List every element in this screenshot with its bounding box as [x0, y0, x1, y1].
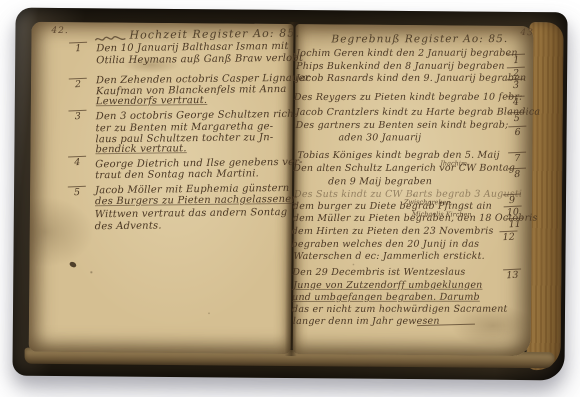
left-page-header: Hochzeit Register Ao: 85. [129, 28, 300, 41]
right-page-number: 43 [520, 28, 534, 38]
manuscript-line: bendick vertraut. [95, 144, 186, 155]
entry-number: 6 [508, 126, 526, 138]
entry-number: 4 [68, 156, 86, 168]
entry-number: 12 [499, 231, 517, 243]
entry-number: 13 [503, 269, 521, 281]
manuscript-line: den 9 Maij begraben [328, 177, 432, 187]
entry-number: 1 [69, 42, 87, 54]
manuscript-line: Waterschen d ec: Jammerlich erstickt. [293, 252, 484, 262]
manuscript-line: Tobias Königes kindt begrab den 5. Maij [297, 151, 499, 161]
manuscript-line: aden 30 Januarij [339, 133, 422, 143]
manuscript-line: Den alten Schultz Langerich vor CW Bonta… [293, 164, 515, 174]
manuscript-line: begraben welches den 20 Junij in das [292, 240, 480, 250]
manuscript-line: traut den Sontag nach Martini. [95, 169, 259, 181]
manuscript-line: dem Hirten zu Pieten den 23 Novembris [292, 227, 494, 237]
manuscript-photo: 42. Hochzeit Register Ao: 85. 1 2 3 4 5 … [0, 0, 580, 397]
manuscript-line: Den 29 Decembris ist Wentzeslaus [292, 268, 465, 278]
right-page-header: Begrebnuß Register Ao: 85. [331, 34, 508, 45]
book: 42. Hochzeit Register Ao: 85. 1 2 3 4 5 … [0, 0, 580, 397]
manuscript-line: Des Reygers zu Pieten kindt begrabe 10 f… [294, 93, 523, 103]
manuscript-line: Lewendorfs vertraut. [96, 96, 208, 107]
entry-number: 5 [68, 186, 86, 198]
manuscript-line: Junge von Zutzendorff umbgeklungen [293, 281, 482, 291]
manuscript-line: Phips Bukenkind den 8 Januarij begraben [296, 62, 505, 72]
entry-number: 3 [68, 110, 86, 122]
manuscript-line: des Advents. [95, 221, 162, 232]
manuscript-line: Jacob Rasnards kind den 9. Januarij begr… [296, 74, 526, 84]
manuscript-line: und umbgefangen begraben. Darumb [292, 293, 480, 303]
manuscript-line: das er nicht zum hochwürdigen Sacrament [292, 305, 508, 315]
left-page-number: 42. [51, 26, 68, 36]
manuscript-line: dem Müller zu Pieten begraben, den 18 Oc… [293, 214, 538, 224]
entry-number: 2 [69, 78, 87, 90]
manuscript-line: Jacob Crantzlers kindt zu Harte begrab B… [296, 108, 540, 118]
manuscript-line: Des gartners zu Benten sein kindt begrab… [296, 121, 509, 131]
manuscript-line: Jochim Geren kindt den 2 Januarij begrab… [296, 49, 517, 59]
